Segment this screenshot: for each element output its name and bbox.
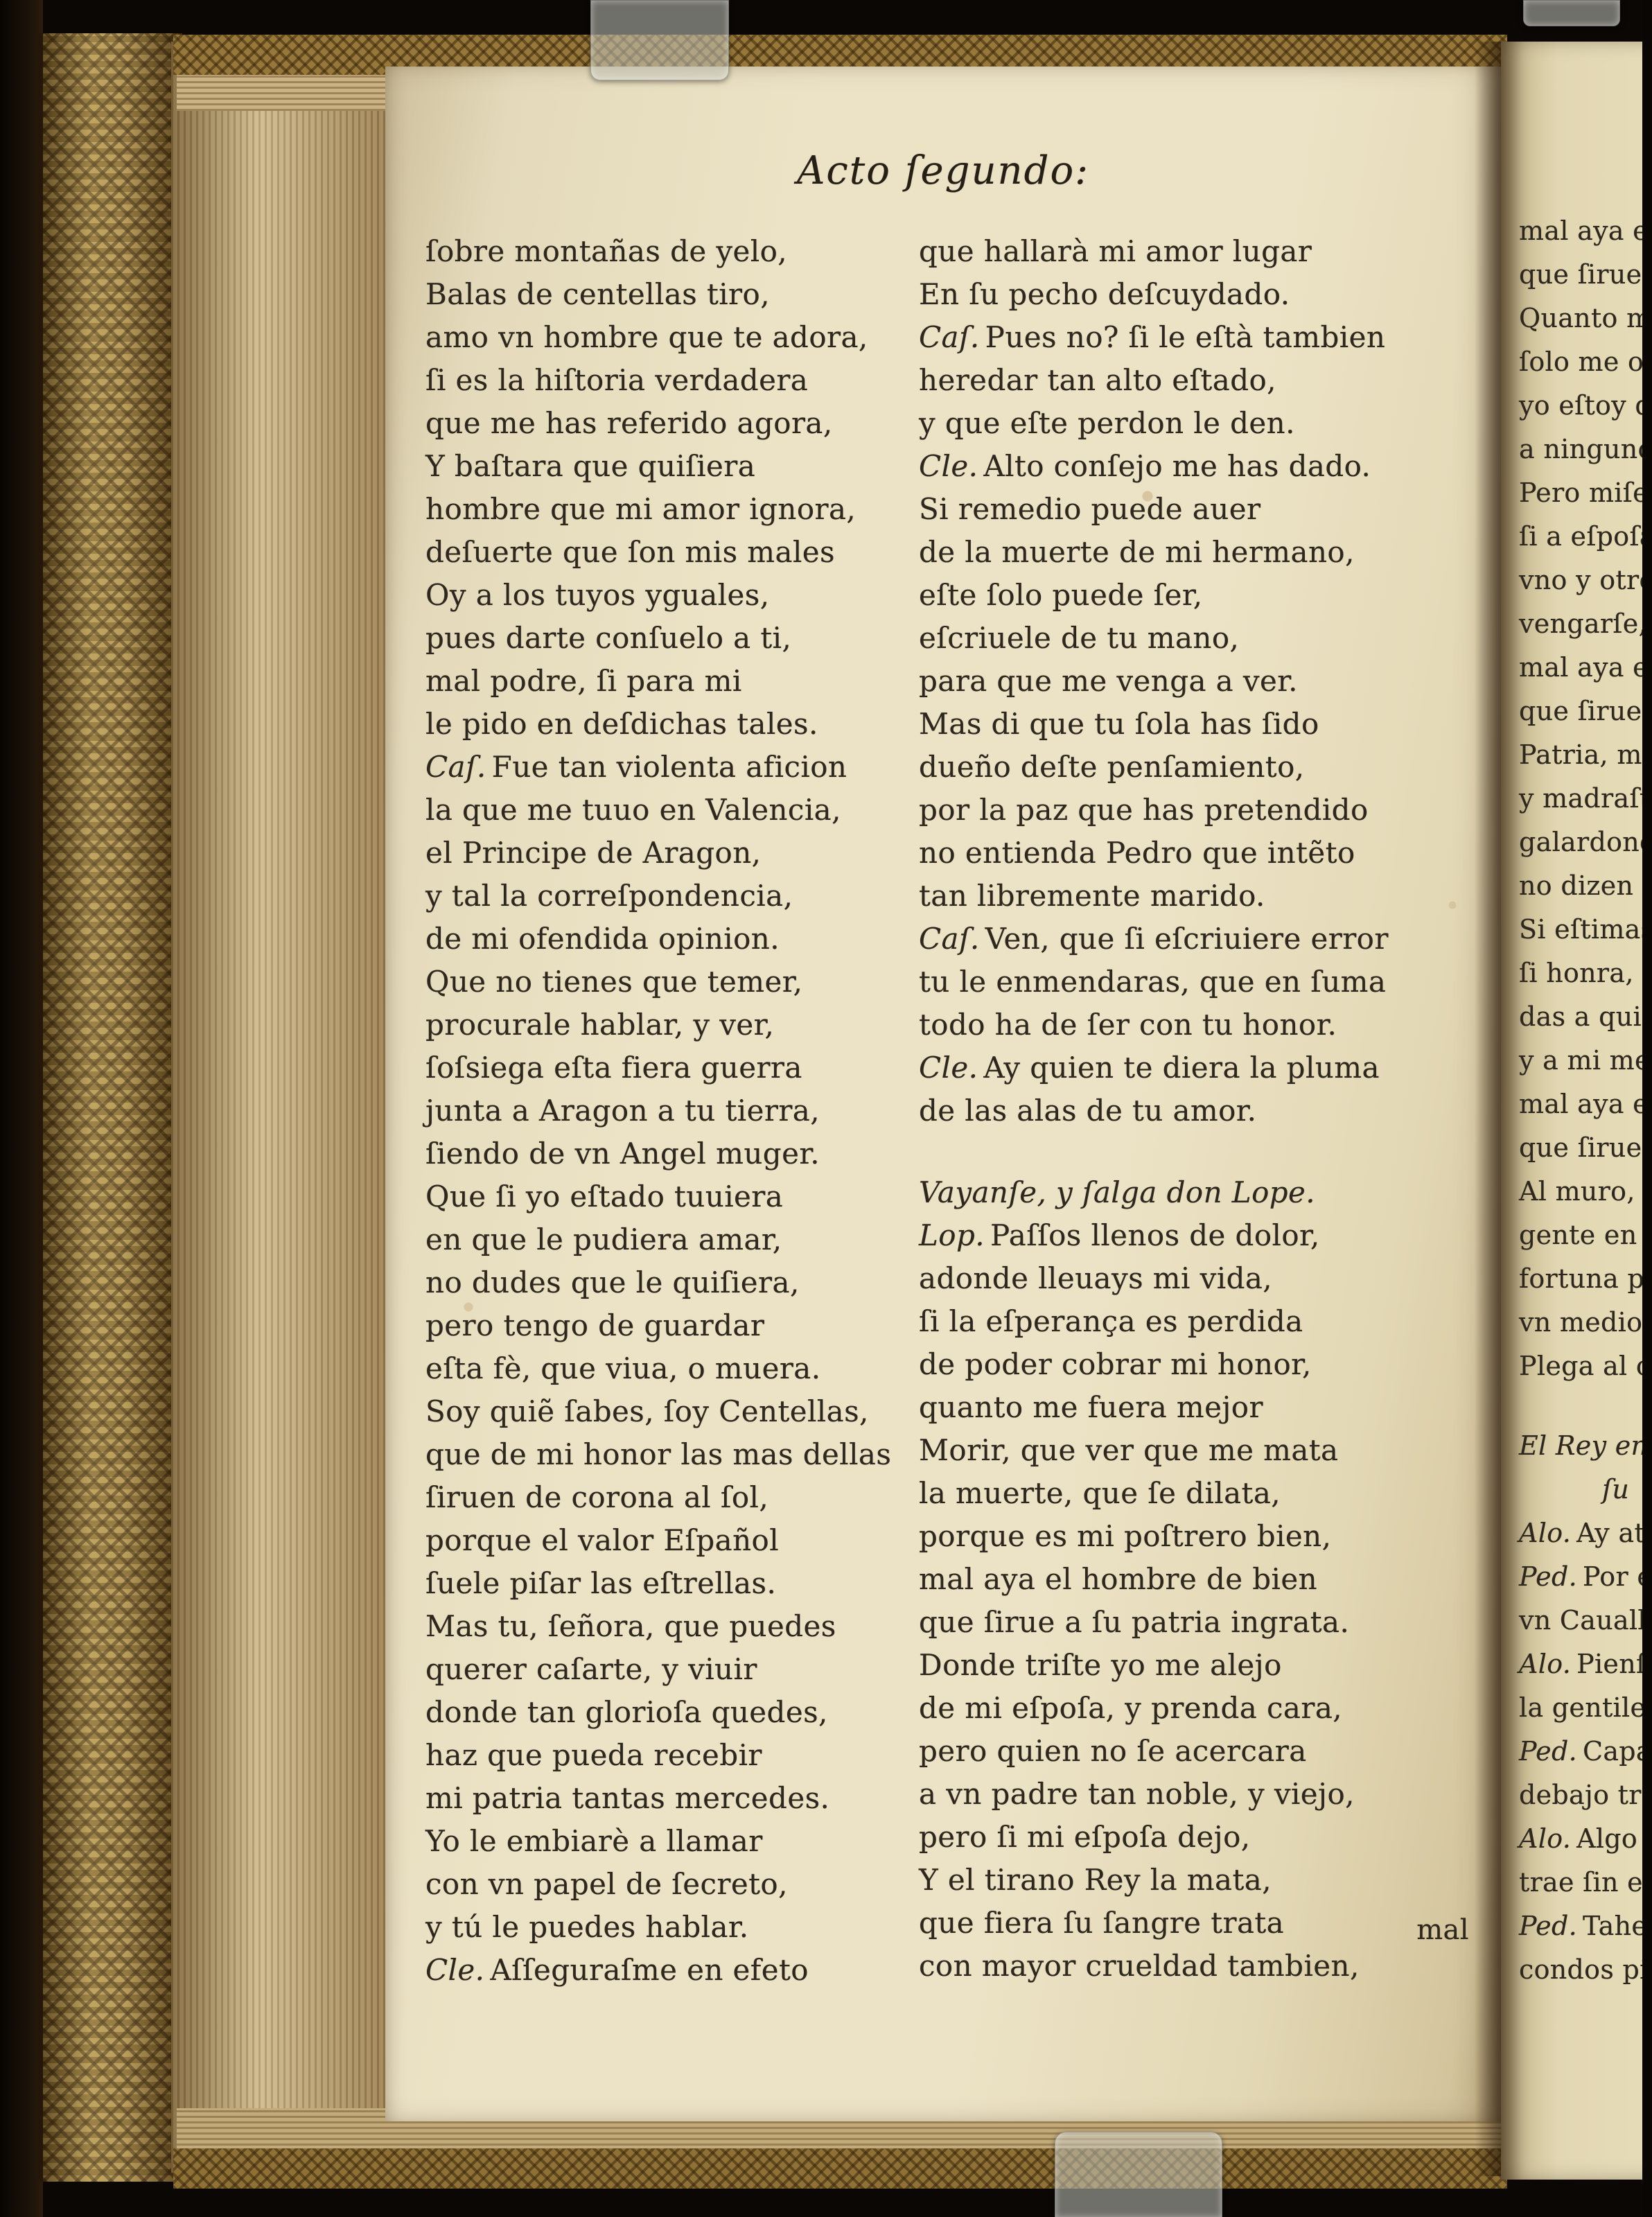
verse-line: ſobre montañas de yelo, xyxy=(425,230,919,273)
line-text: ſiendo de vn Angel muger. xyxy=(425,1137,820,1171)
speaker-abbrev: Caſ. xyxy=(919,922,980,956)
verse-line: tan libremente marido. xyxy=(919,875,1487,918)
speech-line: Alo.Pienſo q̃ e xyxy=(1519,1642,1652,1686)
line-text: Mas di que tu ſola has ſido xyxy=(919,707,1319,741)
verse-line: vengarſe, e xyxy=(1519,602,1652,646)
line-text: Mas tu, ſeñora, que puedes xyxy=(425,1609,836,1643)
line-text: En ſu pecho deſcuydado. xyxy=(919,277,1290,311)
verse-line: Si remedio puede auer xyxy=(919,488,1487,531)
speech-line: Cle.Ay quien te diera la pluma xyxy=(919,1046,1487,1089)
line-text: Algo en l xyxy=(1576,1823,1652,1854)
line-text: Por el can xyxy=(1583,1561,1652,1592)
verse-line: a ninguno xyxy=(1519,428,1652,471)
verse-line: Quanto m xyxy=(1519,297,1652,340)
line-text: yo eſtoy d xyxy=(1519,390,1652,421)
verse-line: no dudes que le quiſiera, xyxy=(425,1261,919,1304)
line-text: mal podre, ſi para mi xyxy=(425,664,742,698)
line-text: el Principe de Aragon, xyxy=(425,836,761,870)
line-text: das a quien xyxy=(1519,1001,1652,1032)
speaker-abbrev: Alo. xyxy=(1519,1649,1571,1679)
line-text: Capa de n xyxy=(1583,1736,1652,1767)
verse-line: y tal la correſpondencia, xyxy=(425,875,919,918)
line-text: pero tengo de guardar xyxy=(425,1308,764,1342)
line-text: y tú le puedes hablar. xyxy=(425,1910,749,1944)
verse-line: haz que pueda recebir xyxy=(425,1734,919,1777)
verse-line: adonde lleuays mi vida, xyxy=(919,1257,1487,1300)
catchword-row: mal xyxy=(919,1907,1487,1953)
verse-line: mal aya el h xyxy=(1519,1083,1652,1126)
verse-line: heredar tan alto eſtado, xyxy=(919,359,1487,402)
verse-line: deſuerte que ſon mis males xyxy=(425,531,919,574)
line-text: que me has referido agora, xyxy=(425,406,833,440)
line-text: vno y otro xyxy=(1519,565,1652,595)
verse-line: de poder cobrar mi honor, xyxy=(919,1343,1487,1386)
gilt-tooled-binding xyxy=(37,33,182,2182)
verse-line: mi patria tantas mercedes. xyxy=(425,1777,919,1820)
verse-line: porque es mi poſtrero bien, xyxy=(919,1515,1487,1558)
speaker-abbrev: Alo. xyxy=(1519,1518,1571,1548)
line-text: porque es mi poſtrero bien, xyxy=(919,1519,1331,1553)
line-text: la que me tuuo en Valencia, xyxy=(425,793,841,827)
verse-line: vno y otro xyxy=(1519,559,1652,602)
line-text: ſolo me of xyxy=(1519,347,1652,377)
verse-line: pero ſi mi eſpoſa dejo, xyxy=(919,1816,1487,1859)
verse-line: eſta fè, que viua, o muera. xyxy=(425,1347,919,1390)
line-text: que ſirue a xyxy=(1519,259,1652,290)
line-text: Si remedio puede auer xyxy=(919,492,1260,526)
verse-line: Plega al ciel xyxy=(1519,1344,1652,1388)
speaker-abbrev: Cle. xyxy=(919,1051,978,1085)
line-text: haz que pueda recebir xyxy=(425,1738,762,1772)
verse-line: y a mi me pa xyxy=(1519,1039,1652,1083)
line-text: ſi honra, ofi xyxy=(1519,958,1652,988)
verse-line: Que ſi yo eſtado tuuiera xyxy=(425,1175,919,1218)
line-text: pero ſi mi eſpoſa dejo, xyxy=(919,1820,1251,1854)
line-text: Aſſeguraſme en efeto xyxy=(490,1953,809,1987)
line-text: ſoſsiega eſta fiera guerra xyxy=(425,1051,802,1085)
line-text: Pues no? ſi le eſtà tambien xyxy=(985,320,1386,354)
verse-line: y que eſte perdon le den. xyxy=(919,402,1487,445)
right-text-column: que hallarà mi amor lugarEn ſu pecho deſ… xyxy=(919,230,1487,1988)
line-text: ſobre montañas de yelo, xyxy=(425,234,787,268)
verse-line: ſoſsiega eſta fiera guerra xyxy=(425,1046,919,1089)
verse-line: Morir, que ver que me mata xyxy=(919,1429,1487,1472)
line-text: Y el tirano Rey la mata, xyxy=(919,1863,1272,1897)
verse-line: ſolo me of xyxy=(1519,340,1652,384)
line-text: quanto me fuera mejor xyxy=(919,1390,1263,1424)
fanned-page-edges-left xyxy=(171,42,389,2173)
line-text: a ninguno xyxy=(1519,434,1652,464)
verse-line: con vn papel de ſecreto, xyxy=(425,1863,919,1906)
line-text: de la muerte de mi hermano, xyxy=(919,535,1355,569)
speech-line: Lop.Paſſos llenos de dolor, xyxy=(919,1214,1487,1257)
speech-line: Ped.Taheli de xyxy=(1519,1904,1652,1948)
line-text: Paſſos llenos de dolor, xyxy=(990,1218,1320,1252)
verse-line: amo vn hombre que te adora, xyxy=(425,316,919,359)
line-text: no dizen bi xyxy=(1519,870,1652,901)
line-text: mal aya el xyxy=(1519,652,1652,683)
speaker-abbrev: Alo. xyxy=(1519,1823,1571,1854)
line-text: junta a Aragon a tu tierra, xyxy=(425,1094,820,1128)
verse-line: en que le pudiera amar, xyxy=(425,1218,919,1261)
verse-line: eſcriuele de tu mano, xyxy=(919,617,1487,660)
line-text: Vayanſe, y ſalga don Lope. xyxy=(919,1175,1315,1209)
verse-line: y madraſtra xyxy=(1519,777,1652,821)
acrylic-clamp-top xyxy=(590,0,729,80)
verse-line: El Rey en a xyxy=(1519,1424,1652,1468)
verse-line: junta a Aragon a tu tierra, xyxy=(425,1089,919,1132)
line-text: ſi a eſpoſa, xyxy=(1519,521,1652,552)
line-text: vengarſe, e xyxy=(1519,608,1652,639)
verse-line: que hallarà mi amor lugar xyxy=(919,230,1487,273)
line-text: Al muro, a y xyxy=(1519,1176,1652,1207)
verse-line: debajo trae xyxy=(1519,1773,1652,1817)
verse-line: mal aya el hombre de bien xyxy=(919,1558,1487,1601)
verse-line: ſi a eſpoſa, xyxy=(1519,515,1652,559)
acrylic-clamp-top-right xyxy=(1523,0,1620,26)
line-text: Alto conſejo me has dado. xyxy=(983,449,1371,483)
line-text: y a mi me pa xyxy=(1519,1045,1652,1076)
catchword: mal xyxy=(919,1907,1487,1953)
verse-line: Yo le embiarè a llamar xyxy=(425,1820,919,1863)
line-text: amo vn hombre que te adora, xyxy=(425,320,868,354)
verse-line: y tú le puedes hablar. xyxy=(425,1906,919,1949)
line-text: vn medio de xyxy=(1519,1307,1652,1338)
verse-line: Y baſtara que quiſiera xyxy=(425,445,919,488)
line-text: vn Caualler xyxy=(1519,1605,1652,1636)
facing-page-text: mal aya elque ſirue aQuanto mſolo me ofy… xyxy=(1519,209,1652,1992)
speech-line: Alo.Ay atreui xyxy=(1519,1511,1652,1555)
verse-line: mal aya el xyxy=(1519,646,1652,690)
line-text: Morir, que ver que me mata xyxy=(919,1433,1338,1467)
verse-line: de las alas de tu amor. xyxy=(919,1089,1487,1132)
line-text: que ſirue a ſu patria ingrata. xyxy=(919,1605,1349,1639)
acrylic-clamp-bottom xyxy=(1055,2132,1222,2217)
verse-line: que de mi honor las mas dellas xyxy=(425,1433,919,1476)
line-text: heredar tan alto eſtado, xyxy=(919,363,1276,397)
line-text: todo ha de ſer con tu honor. xyxy=(919,1008,1337,1042)
speaker-abbrev: Cle. xyxy=(425,1953,484,1987)
verse-line: mal podre, ſi para mi xyxy=(425,660,919,703)
verse-line: Balas de centellas tiro, xyxy=(425,273,919,316)
verse-line: ſu xyxy=(1519,1468,1652,1511)
verse-line: que ſirue a xyxy=(1519,253,1652,297)
verse-line: yo eſtoy d xyxy=(1519,384,1652,428)
line-text: Que no tienes que temer, xyxy=(425,965,802,999)
verse-line: Si eſtimas l xyxy=(1519,908,1652,952)
left-page: Acto ſegundo: ſobre montañas de yelo,Bal… xyxy=(385,67,1501,2121)
line-text: Patria, mad xyxy=(1519,739,1652,770)
verse-line: por la paz que has pretendido xyxy=(919,789,1487,832)
verse-line: que ſirue a ſ xyxy=(1519,1126,1652,1170)
line-text: eſcriuele de tu mano, xyxy=(919,621,1239,655)
line-text: adonde lleuays mi vida, xyxy=(919,1261,1272,1295)
line-text: mal aya el hombre de bien xyxy=(919,1562,1317,1596)
verse-line: ſiendo de vn Angel muger. xyxy=(425,1132,919,1175)
verse-line: galardones xyxy=(1519,821,1652,864)
line-text: Oy a los tuyos yguales, xyxy=(425,578,769,612)
line-text: Y baſtara que quiſiera xyxy=(425,449,755,483)
verse-line: Mas tu, ſeñora, que puedes xyxy=(425,1605,919,1648)
line-text: dueño deſte penſamiento, xyxy=(919,750,1305,784)
line-text: la muerte, que ſe dilata, xyxy=(919,1476,1281,1510)
line-text: fortuna pro xyxy=(1519,1263,1652,1294)
speech-line: Caſ.Pues no? ſi le eſtà tambien xyxy=(919,316,1487,359)
verse-line: le pido en deſdichas tales. xyxy=(425,703,919,746)
left-text-column: ſobre montañas de yelo,Balas de centella… xyxy=(425,230,919,1992)
verse-line: vn Caualler xyxy=(1519,1599,1652,1642)
line-text: querer caſarte, y viuir xyxy=(425,1652,757,1686)
verse-line: de la muerte de mi hermano, xyxy=(919,531,1487,574)
line-text: ſuele piſar las eſtrellas. xyxy=(425,1566,776,1600)
verse-line: ſi honra, ofi xyxy=(1519,952,1652,995)
line-text: Yo le embiarè a llamar xyxy=(425,1824,763,1858)
line-text: y tal la correſpondencia, xyxy=(425,879,793,913)
speaker-abbrev: Ped. xyxy=(1519,1561,1577,1592)
speech-line: Ped.Por el can xyxy=(1519,1555,1652,1599)
line-text: que de mi honor las mas dellas xyxy=(425,1437,891,1471)
line-text: por la paz que has pretendido xyxy=(919,793,1369,827)
line-text: de mi ofendida opinion. xyxy=(425,922,780,956)
line-text: ſu xyxy=(1602,1474,1629,1505)
verse-line: Mas di que tu ſola has ſido xyxy=(919,703,1487,746)
line-text: a vn padre tan noble, y viejo, xyxy=(919,1777,1355,1811)
line-text: eſta fè, que viua, o muera. xyxy=(425,1351,821,1385)
verse-line: para que me venga a ver. xyxy=(919,660,1487,703)
verse-line: de mi eſpoſa, y prenda cara, xyxy=(919,1687,1487,1730)
line-text: Plega al ciel xyxy=(1519,1351,1652,1381)
speech-line: Caſ.Fue tan violenta aficion xyxy=(425,746,919,789)
line-text: de las alas de tu amor. xyxy=(919,1094,1256,1128)
verse-line: pero quien no ſe acercara xyxy=(919,1730,1487,1773)
verse-line: pero tengo de guardar xyxy=(425,1304,919,1347)
verse-line: el Principe de Aragon, xyxy=(425,832,919,875)
book-cover-right-edge xyxy=(1642,0,1652,2217)
verse-line: no entienda Pedro que intẽto xyxy=(919,832,1487,875)
speech-line: Cle.Aſſeguraſme en efeto xyxy=(425,1949,919,1992)
speech-line: Ped.Capa de n xyxy=(1519,1730,1652,1773)
line-text: galardones xyxy=(1519,827,1652,857)
line-text: trae ſin el te xyxy=(1519,1867,1652,1898)
line-text: El Rey en a xyxy=(1519,1430,1652,1461)
line-text: de poder cobrar mi honor, xyxy=(919,1347,1312,1381)
line-text: mal aya el h xyxy=(1519,1089,1652,1119)
speaker-abbrev: Cle. xyxy=(919,449,978,483)
line-text: porque el valor Eſpañol xyxy=(425,1523,779,1557)
verse-line: de mi ofendida opinion. xyxy=(425,918,919,961)
verse-line: procurale hablar, y ver, xyxy=(425,1004,919,1046)
verse-line: Que no tienes que temer, xyxy=(425,961,919,1004)
line-text: tu le enmendaras, que en ſuma xyxy=(919,965,1386,999)
verse-line: que me has referido agora, xyxy=(425,402,919,445)
verse-line: a vn padre tan noble, y viejo, xyxy=(919,1773,1487,1816)
verse-line: Pero miſer xyxy=(1519,471,1652,515)
verse-line: Patria, mad xyxy=(1519,733,1652,777)
verse-line: hombre que mi amor ignora, xyxy=(425,488,919,531)
line-text: pero quien no ſe acercara xyxy=(919,1734,1307,1768)
verse-line: condos piſto xyxy=(1519,1948,1652,1992)
line-text: no entienda Pedro que intẽto xyxy=(919,836,1355,870)
line-text: Pienſo q̃ e xyxy=(1576,1649,1652,1679)
line-text: tan libremente marido. xyxy=(919,879,1265,913)
line-text: que ſirue a ſ xyxy=(1519,1132,1652,1163)
verse-line: ſuele piſar las eſtrellas. xyxy=(425,1562,919,1605)
speech-line: Caſ.Ven, que ſi eſcriuiere error xyxy=(919,918,1487,961)
verse-line: Donde triſte yo me alejo xyxy=(919,1644,1487,1687)
book-cover-left-edge xyxy=(0,0,43,2217)
line-text: Taheli de xyxy=(1583,1911,1652,1941)
line-text: en que le pudiera amar, xyxy=(425,1223,782,1256)
line-text: Quanto m xyxy=(1519,303,1651,333)
line-text: condos piſto xyxy=(1519,1954,1652,1985)
verse-line: gente en el xyxy=(1519,1213,1652,1257)
line-text: procurale hablar, y ver, xyxy=(425,1008,774,1042)
line-text: ſi es la hiſtoria verdadera xyxy=(425,363,808,397)
line-text: mi patria tantas mercedes. xyxy=(425,1781,829,1815)
verse-line: Al muro, a y xyxy=(1519,1170,1652,1213)
line-text: pues darte conſuelo a ti, xyxy=(425,621,791,655)
line-text: que ſirue a xyxy=(1519,696,1652,726)
speaker-abbrev: Lop. xyxy=(919,1218,985,1252)
line-text: donde tan glorioſa quedes, xyxy=(425,1695,828,1729)
verse-line: vn medio de xyxy=(1519,1301,1652,1344)
line-text: que hallarà mi amor lugar xyxy=(919,234,1312,268)
verse-line: pues darte conſuelo a ti, xyxy=(425,617,919,660)
verse-line: das a quien xyxy=(1519,995,1652,1039)
gilt-edge-bottom xyxy=(173,2148,1507,2189)
verse-line: Soy quiẽ ſabes, ſoy Centellas, xyxy=(425,1390,919,1433)
verse-line: ſi la eſperança es perdida xyxy=(919,1300,1487,1343)
verse-line: Y el tirano Rey la mata, xyxy=(919,1859,1487,1902)
line-text: y que eſte perdon le den. xyxy=(919,406,1295,440)
line-text: ſiruen de corona al ſol, xyxy=(425,1480,768,1514)
verse-line: ſiruen de corona al ſol, xyxy=(425,1476,919,1519)
line-text: debajo trae xyxy=(1519,1780,1652,1810)
speech-line: Alo.Algo en l xyxy=(1519,1817,1652,1861)
verse-line: la gentileza xyxy=(1519,1686,1652,1730)
line-text: y madraſtra xyxy=(1519,783,1652,814)
line-text: Ay quien te diera la pluma xyxy=(983,1051,1380,1085)
verse-line: eſte ſolo puede ſer, xyxy=(919,574,1487,617)
line-text: para que me venga a ver. xyxy=(919,664,1298,698)
line-text: con vn papel de ſecreto, xyxy=(425,1867,788,1901)
verse-line: fortuna pro xyxy=(1519,1257,1652,1301)
speech-line: Cle.Alto conſejo me has dado. xyxy=(919,445,1487,488)
speaker-abbrev: Ped. xyxy=(1519,1736,1577,1767)
verse-line: mal aya el xyxy=(1519,209,1652,253)
verse-line: Oy a los tuyos yguales, xyxy=(425,574,919,617)
speaker-abbrev: Caſ. xyxy=(425,750,486,784)
line-text: deſuerte que ſon mis males xyxy=(425,535,835,569)
line-text: le pido en deſdichas tales. xyxy=(425,707,818,741)
line-text: Balas de centellas tiro, xyxy=(425,277,770,311)
line-text: Donde triſte yo me alejo xyxy=(919,1648,1282,1682)
line-text: Ay atreui xyxy=(1576,1518,1652,1548)
book-photo: Acto ſegundo: ſobre montañas de yelo,Bal… xyxy=(0,0,1652,2217)
verse-line: la que me tuuo en Valencia, xyxy=(425,789,919,832)
verse-line: la muerte, que ſe dilata, xyxy=(919,1472,1487,1515)
verse-line: que ſirue a xyxy=(1519,690,1652,733)
verse-line: quanto me fuera mejor xyxy=(919,1386,1487,1429)
page-header-title: Acto ſegundo: xyxy=(385,148,1501,193)
line-text: mal aya el xyxy=(1519,216,1652,246)
verse-line: En ſu pecho deſcuydado. xyxy=(919,273,1487,316)
line-text: Que ſi yo eſtado tuuiera xyxy=(425,1180,783,1213)
speaker-abbrev: Ped. xyxy=(1519,1911,1577,1941)
line-text: Ven, que ſi eſcriuiere error xyxy=(985,922,1389,956)
line-text: Soy quiẽ ſabes, ſoy Centellas, xyxy=(425,1394,869,1428)
verse-line: dueño deſte penſamiento, xyxy=(919,746,1487,789)
verse-line: querer caſarte, y viuir xyxy=(425,1648,919,1691)
line-text: Pero miſer xyxy=(1519,477,1652,508)
line-text: Si eſtimas l xyxy=(1519,914,1652,945)
line-text: de mi eſpoſa, y prenda cara, xyxy=(919,1691,1342,1725)
line-text: no dudes que le quiſiera, xyxy=(425,1265,800,1299)
verse-line: trae ſin el te xyxy=(1519,1861,1652,1904)
line-text: con mayor crueldad tambien, xyxy=(919,1949,1360,1983)
verse-line: que ſirue a ſu patria ingrata. xyxy=(919,1601,1487,1644)
speaker-abbrev: Caſ. xyxy=(919,320,980,354)
verse-line: todo ha de ſer con tu honor. xyxy=(919,1004,1487,1046)
line-text: la gentileza xyxy=(1519,1692,1652,1723)
line-text: gente en el xyxy=(1519,1220,1652,1250)
line-text: hombre que mi amor ignora, xyxy=(425,492,856,526)
verse-line: no dizen bi xyxy=(1519,864,1652,908)
facing-page-sliver: mal aya elque ſirue aQuanto mſolo me ofy… xyxy=(1501,42,1652,2180)
stage-direction: Vayanſe, y ſalga don Lope. xyxy=(919,1171,1487,1214)
verse-line: ſi es la hiſtoria verdadera xyxy=(425,359,919,402)
verse-line: donde tan glorioſa quedes, xyxy=(425,1691,919,1734)
line-text: eſte ſolo puede ſer, xyxy=(919,578,1202,612)
line-text: ſi la eſperança es perdida xyxy=(919,1304,1303,1338)
verse-line: porque el valor Eſpañol xyxy=(425,1519,919,1562)
verse-line: tu le enmendaras, que en ſuma xyxy=(919,961,1487,1004)
line-text: Fue tan violenta aficion xyxy=(492,750,847,784)
